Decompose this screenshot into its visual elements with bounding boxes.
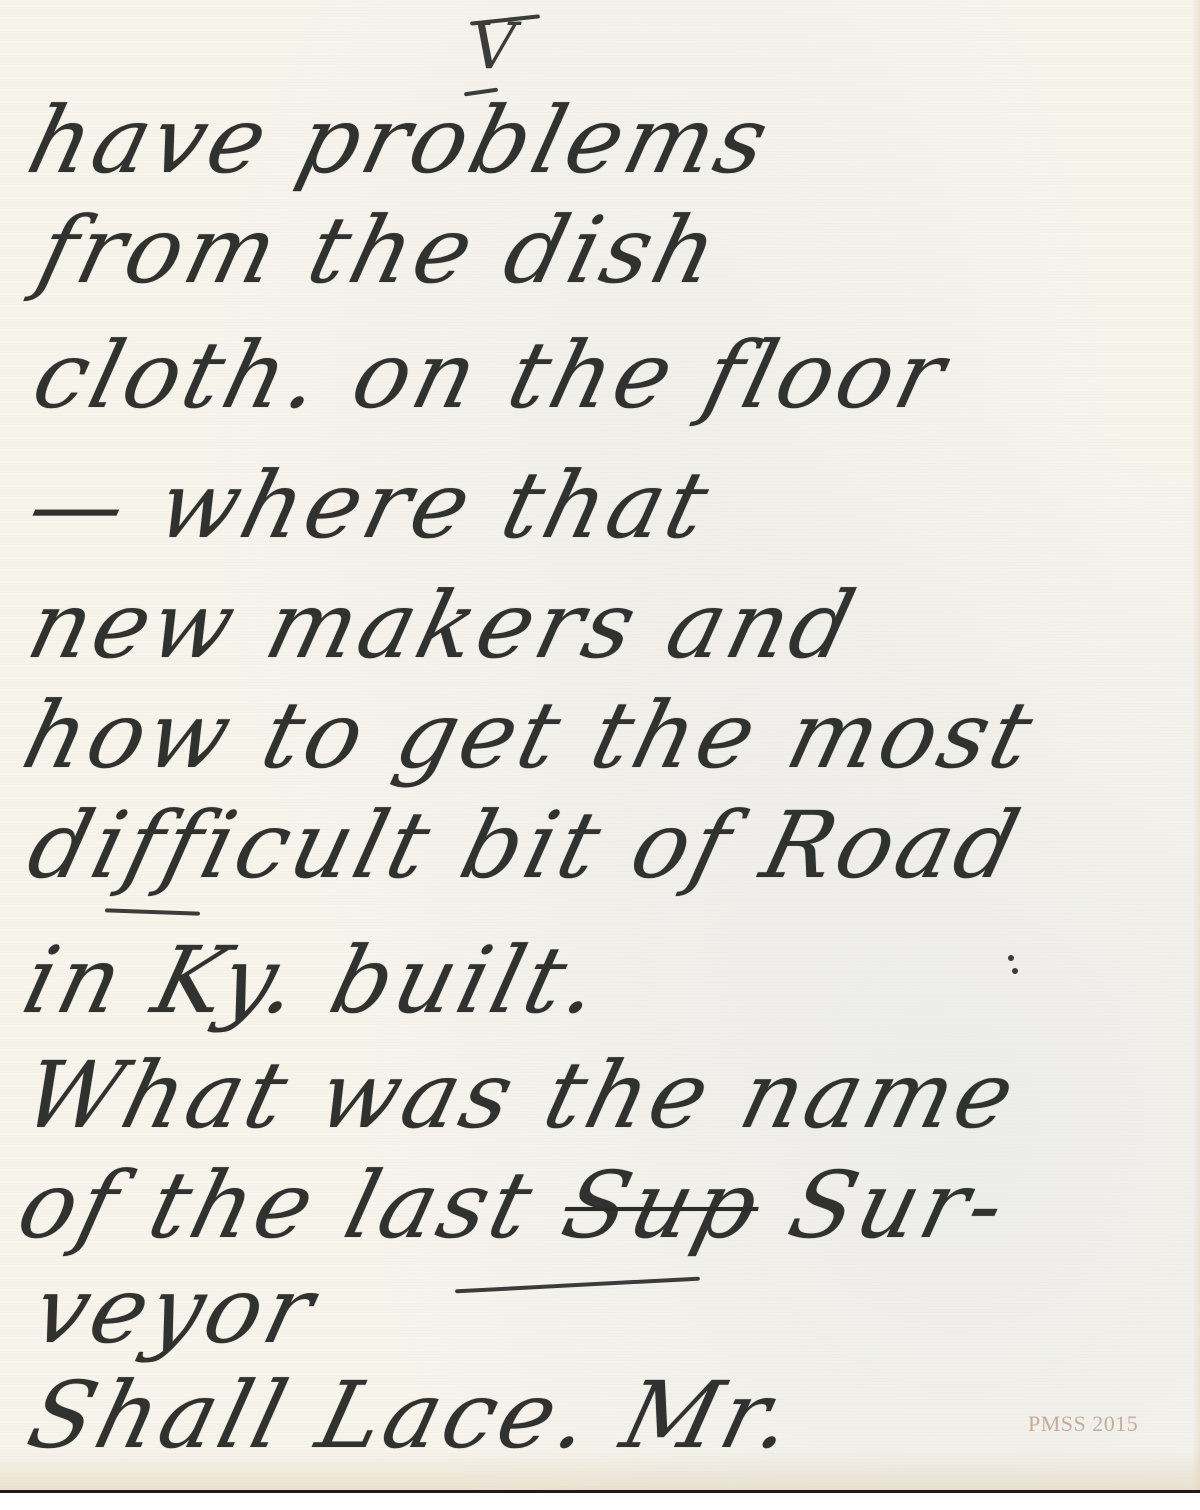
manuscript-line-7: difficult bit of Road (20, 800, 1031, 892)
manuscript-line-9: What was the name (15, 1050, 1027, 1142)
manuscript-line-4: — where that (20, 460, 720, 552)
ink-mark (1012, 968, 1018, 974)
manuscript-line-3: cloth. on the floor (25, 330, 957, 422)
line-10-prefix: of the last (8, 1152, 579, 1259)
line-10-suffix: Sur- (746, 1152, 1019, 1259)
manuscript-line-12: Shall Lace. Mr. (20, 1370, 806, 1462)
manuscript-line-11: veyor (25, 1265, 326, 1357)
manuscript-line-6: how to get the most (15, 690, 1044, 782)
dash-rule (455, 1277, 700, 1294)
page-edge (1192, 0, 1200, 1490)
manuscript-line-8: in Ky. built. (15, 935, 612, 1027)
manuscript-page: V have problems from the dish cloth. on … (0, 0, 1200, 1490)
underline-ff (105, 908, 200, 915)
manuscript-line-10: of the last Sup Sur- (10, 1160, 1017, 1252)
manuscript-line-1: have problems (20, 95, 780, 187)
manuscript-line-2: from the dish (30, 205, 730, 297)
ink-mark (1008, 955, 1014, 961)
section-numeral: V (470, 10, 516, 84)
watermark: PMSS 2015 (1028, 1411, 1138, 1437)
manuscript-line-5: new makers and (20, 580, 866, 672)
struck-word: Sup (553, 1152, 773, 1259)
scan-border (0, 1490, 1200, 1510)
